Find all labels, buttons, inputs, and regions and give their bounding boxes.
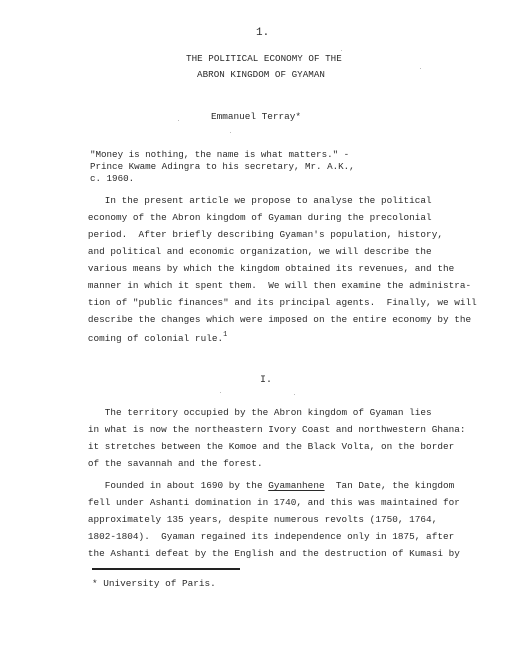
scan-speck	[230, 132, 231, 133]
paragraph-text: Tan Date, the kingdom	[325, 480, 455, 491]
paragraph-line: of the savannah and the forest.	[54, 458, 263, 469]
paragraph-line: manner in which it spent them. We will t…	[54, 280, 471, 291]
scan-speck	[220, 392, 221, 393]
paragraph-line: fell under Ashanti domination in 1740, a…	[54, 497, 460, 508]
paragraph-line: The territory occupied by the Abron king…	[54, 407, 432, 418]
author-name: Emmanuel Terray*	[211, 111, 301, 122]
paragraph-line: 1802-1804). Gyaman regained its independ…	[54, 531, 454, 542]
scan-speck	[341, 50, 342, 51]
page-number: 1.	[256, 27, 269, 39]
paragraph-line: it stretches between the Komoe and the B…	[54, 441, 454, 452]
paragraph-line: describe the changes which were imposed …	[54, 314, 471, 325]
paragraph-line: the Ashanti defeat by the English and th…	[54, 548, 460, 559]
scan-speck	[294, 394, 295, 395]
footnote-marker[interactable]: 1	[223, 331, 227, 339]
paragraph-line: coming of colonial rule.1	[54, 331, 227, 344]
scan-speck	[420, 68, 421, 69]
paragraph-line: approximately 135 years, despite numerou…	[54, 514, 437, 525]
paragraph-line: Founded in about 1690 by the Gyamanhene …	[54, 480, 454, 491]
paragraph-line-text: coming of colonial rule.	[54, 333, 223, 344]
epigraph-line: Prince Kwame Adingra to his secretary, M…	[90, 161, 355, 172]
epigraph-line: "Money is nothing, the name is what matt…	[90, 149, 349, 160]
paragraph-line: period. After briefly describing Gyaman'…	[54, 229, 443, 240]
epigraph-line: c. 1960.	[90, 173, 134, 184]
footnote-divider	[92, 568, 240, 570]
underlined-term: Gyamanhene	[268, 480, 324, 491]
paragraph-line: economy of the Abron kingdom of Gyaman d…	[54, 212, 432, 223]
article-title-line-2: ABRON KINGDOM OF GYAMAN	[197, 69, 325, 80]
article-title-line-1: THE POLITICAL ECONOMY OF THE	[186, 53, 342, 64]
paragraph-line: and political and economic organization,…	[54, 246, 432, 257]
paragraph-line: In the present article we propose to ana…	[54, 195, 432, 206]
paragraph-line: in what is now the northeastern Ivory Co…	[54, 424, 466, 435]
paragraph-line: tion of "public finances" and its princi…	[54, 297, 477, 308]
section-heading: I.	[260, 375, 272, 386]
scan-speck	[178, 120, 179, 121]
paragraph-line: various means by which the kingdom obtai…	[54, 263, 454, 274]
paragraph-text: Founded in about 1690 by the	[54, 480, 268, 491]
footnote: * University of Paris.	[92, 578, 216, 589]
